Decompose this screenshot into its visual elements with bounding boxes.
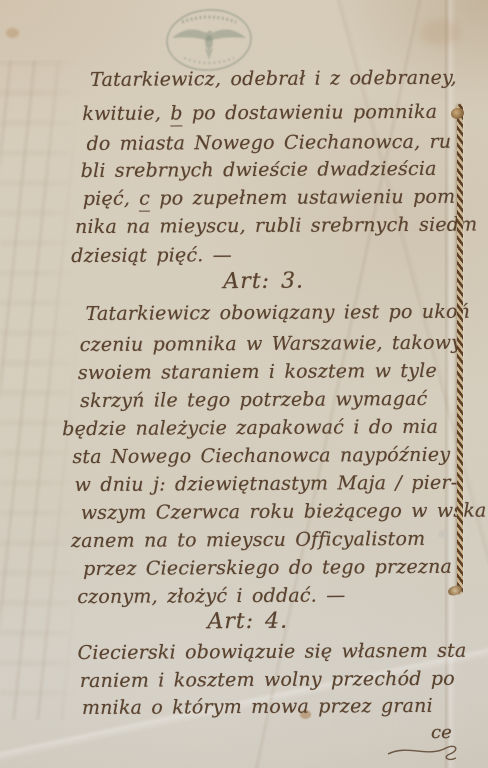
manuscript-line: czonym, złożyć i oddać. — <box>77 582 345 610</box>
line-text: raniem i kosztem wolny przechód po <box>80 668 455 692</box>
line-text: przez Ciecierskiego do tego przezna <box>83 556 452 580</box>
manuscript-line: raniem i kosztem wolny przechód po <box>80 666 455 694</box>
manuscript-line: sta Nowego Ciechanowca naypóźniey <box>72 442 450 470</box>
line-text: będzie należycie zapakować i do mia <box>62 416 438 440</box>
line-text: bli srebrnych dwieście dwadzieścia <box>81 158 437 182</box>
manuscript-line: bli srebrnych dwieście dwadzieścia <box>81 156 437 184</box>
manuscript-line: wszym Czerwca roku bieżącego w wska <box>81 498 487 526</box>
line-text: swoiem staraniem i kosztem w tyle <box>78 360 437 384</box>
line-text: pięć, <box>83 188 140 210</box>
line-text: wszym Czerwca roku bieżącego w wska <box>81 500 487 524</box>
binding-thread <box>457 104 463 594</box>
manuscript-line: Ciecierski obowiązuie się własnem sta <box>78 638 467 666</box>
manuscript-line: w dniu j: dziewiętnastym Maja / pier- <box>75 470 458 498</box>
line-text: do miasta Nowego Ciechanowca, ru <box>86 131 451 155</box>
line-text: kwituie, <box>82 102 170 125</box>
line-text: Tatarkiewicz, odebrał i z odebraney, <box>90 67 457 91</box>
manuscript-line: swoiem staraniem i kosztem w tyle <box>78 358 437 386</box>
manuscript-line: dziesiąt pięć. — <box>71 242 232 269</box>
line-text: skrzyń ile tego potrzeba wymagać <box>80 388 427 412</box>
manuscript-line: przez Ciecierskiego do tego przezna <box>83 554 452 582</box>
manuscript-line: nika na mieyscu, rubli srebrnych siedm <box>75 212 477 240</box>
photograph-of-manuscript: Tatarkiewicz, odebrał i z odebraney, kwi… <box>0 0 488 768</box>
underlined-letter: c <box>139 188 150 212</box>
heading-text: Art: 4. <box>207 609 288 634</box>
manuscript-line: pięć, c po zupełnem ustawieniu pom <box>83 184 456 212</box>
line-text: czeniu pomnika w Warszawie, takowy <box>80 332 462 356</box>
manuscript-line: będzie należycie zapakować i do mia <box>62 414 438 442</box>
line-text: sta Nowego Ciechanowca naypóźniey <box>72 444 450 468</box>
line-text: mnika o którym mowa przez grani <box>82 695 433 719</box>
pen-flourish <box>386 740 466 766</box>
manuscript-line: czeniu pomnika w Warszawie, takowy <box>80 330 463 358</box>
article-heading: Art: 4. <box>207 609 288 635</box>
line-text: w dniu j: dziewiętnastym Maja / pier- <box>75 472 458 496</box>
article-heading: Art: 3. <box>223 269 304 295</box>
line-text: Ciecierski obowiązuie się własnem sta <box>78 640 467 664</box>
line-text: czonym, złożyć i oddać. — <box>77 584 345 608</box>
manuscript-line: do miasta Nowego Ciechanowca, ru <box>86 129 451 157</box>
line-text: po zupełnem ustawieniu pom <box>150 186 455 210</box>
line-text: zanem na to mieyscu Officyalistom <box>71 528 425 552</box>
manuscript-line: zanem na to mieyscu Officyalistom <box>71 526 426 554</box>
manuscript-line: Tatarkiewicz, odebrał i z odebraney, <box>90 65 457 93</box>
manuscript-line: Tatarkiewicz obowiązany iest po ukoń <box>85 299 470 327</box>
manuscript-line: skrzyń ile tego potrzeba wymagać <box>80 386 427 414</box>
line-text: dziesiąt pięć. — <box>71 244 232 267</box>
manuscript-line: kwituie, b po dostawieniu pomnika <box>82 99 437 127</box>
line-text: Tatarkiewicz obowiązany iest po ukoń <box>86 301 471 325</box>
manuscript-line: mnika o którym mowa przez grani <box>82 693 433 721</box>
underlined-letter: b <box>170 102 183 126</box>
line-text: nika na mieyscu, rubli srebrnych siedm <box>75 214 477 238</box>
handwritten-text-block: Tatarkiewicz, odebrał i z odebraney, kwi… <box>0 0 488 768</box>
line-text: po dostawieniu pomnika <box>183 101 438 125</box>
heading-text: Art: 3. <box>223 269 304 294</box>
